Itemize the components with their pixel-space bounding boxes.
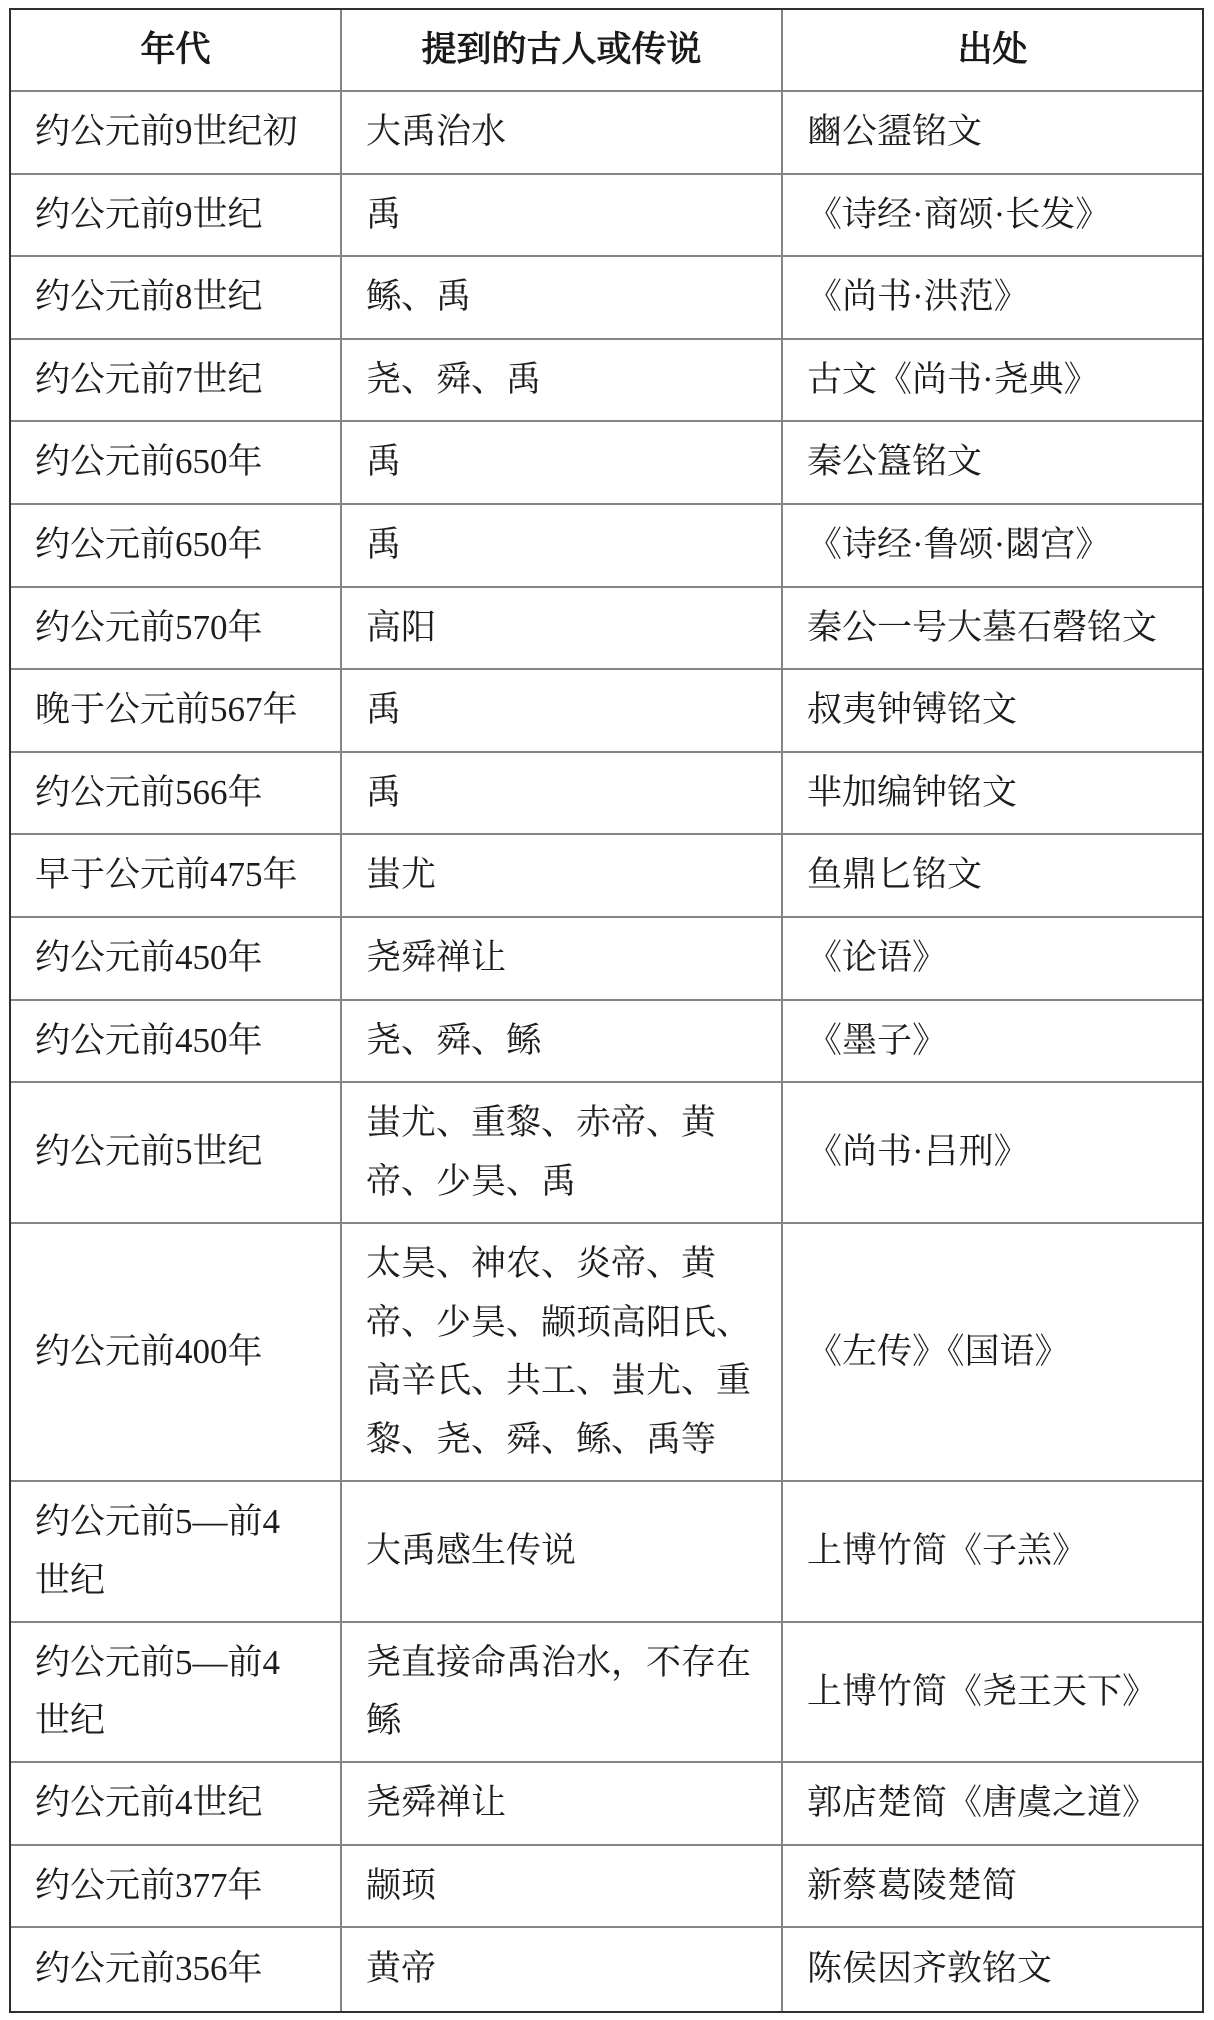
era-cell: 约公元前566年 <box>11 753 342 834</box>
era-cell: 约公元前4世纪 <box>11 1763 342 1844</box>
source-cell: 上博竹简《尧王天下》 <box>783 1623 1202 1761</box>
historical-figures-table: 年代 提到的古人或传说 出处 约公元前9世纪初 大禹治水 豳公盨铭文 约公元前9… <box>9 8 1204 2013</box>
source-cell: 豳公盨铭文 <box>783 92 1202 173</box>
source-cell: 《诗经·商颂·长发》 <box>783 175 1202 256</box>
figures-cell: 大禹感生传说 <box>342 1482 783 1621</box>
figures-cell: 禹 <box>342 505 783 586</box>
figures-cell: 尧、舜、鲧 <box>342 1001 783 1082</box>
table-row: 约公元前400年 太昊、神农、炎帝、黄 帝、少昊、颛顼高阳氏、 高辛氏、共工、蚩… <box>11 1224 1202 1482</box>
source-cell: 新蔡葛陵楚简 <box>783 1846 1202 1927</box>
era-cell: 约公元前5世纪 <box>11 1083 342 1222</box>
figures-cell: 蚩尤 <box>342 835 783 916</box>
era-cell: 约公元前650年 <box>11 505 342 586</box>
source-cell: 《尚书·吕刑》 <box>783 1083 1202 1222</box>
table-row: 约公元前377年 颛顼 新蔡葛陵楚简 <box>11 1846 1202 1929</box>
figures-cell: 禹 <box>342 670 783 751</box>
era-cell: 早于公元前475年 <box>11 835 342 916</box>
header-source: 出处 <box>783 10 1202 90</box>
figures-cell: 尧舜禅让 <box>342 918 783 999</box>
era-cell: 约公元前650年 <box>11 422 342 503</box>
era-cell: 约公元前450年 <box>11 1001 342 1082</box>
era-cell: 约公元前5—前4 世纪 <box>11 1482 342 1621</box>
figures-cell: 太昊、神农、炎帝、黄 帝、少昊、颛顼高阳氏、 高辛氏、共工、蚩尤、重 黎、尧、舜… <box>342 1224 783 1480</box>
table-row: 约公元前570年 高阳 秦公一号大墓石磬铭文 <box>11 588 1202 671</box>
era-cell: 约公元前377年 <box>11 1846 342 1927</box>
figures-cell: 蚩尤、重黎、赤帝、黄 帝、少昊、禹 <box>342 1083 783 1222</box>
source-cell: 《墨子》 <box>783 1001 1202 1082</box>
figures-cell: 黄帝 <box>342 1928 783 2011</box>
source-cell: 陈侯因齐敦铭文 <box>783 1928 1202 2011</box>
era-cell: 约公元前450年 <box>11 918 342 999</box>
figures-cell: 鲧、禹 <box>342 257 783 338</box>
source-cell: 叔夷钟镈铭文 <box>783 670 1202 751</box>
era-cell: 约公元前9世纪初 <box>11 92 342 173</box>
figures-cell: 禹 <box>342 753 783 834</box>
table-row: 晚于公元前567年 禹 叔夷钟镈铭文 <box>11 670 1202 753</box>
header-era: 年代 <box>11 10 342 90</box>
table-row: 约公元前4世纪 尧舜禅让 郭店楚简《唐虞之道》 <box>11 1763 1202 1846</box>
figures-cell: 颛顼 <box>342 1846 783 1927</box>
table-row: 约公元前5—前4 世纪 尧直接命禹治水，不存在 鲧 上博竹简《尧王天下》 <box>11 1623 1202 1763</box>
source-cell: 《左传》《国语》 <box>783 1224 1202 1480</box>
table-row: 约公元前9世纪初 大禹治水 豳公盨铭文 <box>11 92 1202 175</box>
table-row: 约公元前450年 尧、舜、鲧 《墨子》 <box>11 1001 1202 1084</box>
figures-cell: 高阳 <box>342 588 783 669</box>
table-row: 早于公元前475年 蚩尤 鱼鼎匕铭文 <box>11 835 1202 918</box>
source-cell: 古文《尚书·尧典》 <box>783 340 1202 421</box>
source-cell: 秦公一号大墓石磬铭文 <box>783 588 1202 669</box>
era-cell: 约公元前356年 <box>11 1928 342 2011</box>
header-figures: 提到的古人或传说 <box>342 10 783 90</box>
table-row: 约公元前356年 黄帝 陈侯因齐敦铭文 <box>11 1928 1202 2011</box>
figures-cell: 大禹治水 <box>342 92 783 173</box>
era-cell: 约公元前400年 <box>11 1224 342 1480</box>
figures-cell: 禹 <box>342 422 783 503</box>
era-cell: 约公元前7世纪 <box>11 340 342 421</box>
figures-cell: 尧直接命禹治水，不存在 鲧 <box>342 1623 783 1761</box>
source-cell: 芈加编钟铭文 <box>783 753 1202 834</box>
table-row: 约公元前9世纪 禹 《诗经·商颂·长发》 <box>11 175 1202 258</box>
source-cell: 《论语》 <box>783 918 1202 999</box>
era-cell: 约公元前9世纪 <box>11 175 342 256</box>
table-row: 约公元前650年 禹 秦公簋铭文 <box>11 422 1202 505</box>
source-cell: 鱼鼎匕铭文 <box>783 835 1202 916</box>
source-cell: 《诗经·鲁颂·閟宫》 <box>783 505 1202 586</box>
table-row: 约公元前650年 禹 《诗经·鲁颂·閟宫》 <box>11 505 1202 588</box>
era-cell: 约公元前5—前4 世纪 <box>11 1623 342 1761</box>
source-cell: 郭店楚简《唐虞之道》 <box>783 1763 1202 1844</box>
era-cell: 约公元前570年 <box>11 588 342 669</box>
source-cell: 《尚书·洪范》 <box>783 257 1202 338</box>
era-cell: 约公元前8世纪 <box>11 257 342 338</box>
figures-cell: 禹 <box>342 175 783 256</box>
table-row: 约公元前5世纪 蚩尤、重黎、赤帝、黄 帝、少昊、禹 《尚书·吕刑》 <box>11 1083 1202 1224</box>
table-row: 约公元前8世纪 鲧、禹 《尚书·洪范》 <box>11 257 1202 340</box>
table-row: 约公元前5—前4 世纪 大禹感生传说 上博竹简《子羔》 <box>11 1482 1202 1623</box>
figures-cell: 尧、舜、禹 <box>342 340 783 421</box>
table-row: 约公元前7世纪 尧、舜、禹 古文《尚书·尧典》 <box>11 340 1202 423</box>
table-header-row: 年代 提到的古人或传说 出处 <box>11 10 1202 92</box>
source-cell: 上博竹简《子羔》 <box>783 1482 1202 1621</box>
table-row: 约公元前566年 禹 芈加编钟铭文 <box>11 753 1202 836</box>
era-cell: 晚于公元前567年 <box>11 670 342 751</box>
source-cell: 秦公簋铭文 <box>783 422 1202 503</box>
table-row: 约公元前450年 尧舜禅让 《论语》 <box>11 918 1202 1001</box>
figures-cell: 尧舜禅让 <box>342 1763 783 1844</box>
